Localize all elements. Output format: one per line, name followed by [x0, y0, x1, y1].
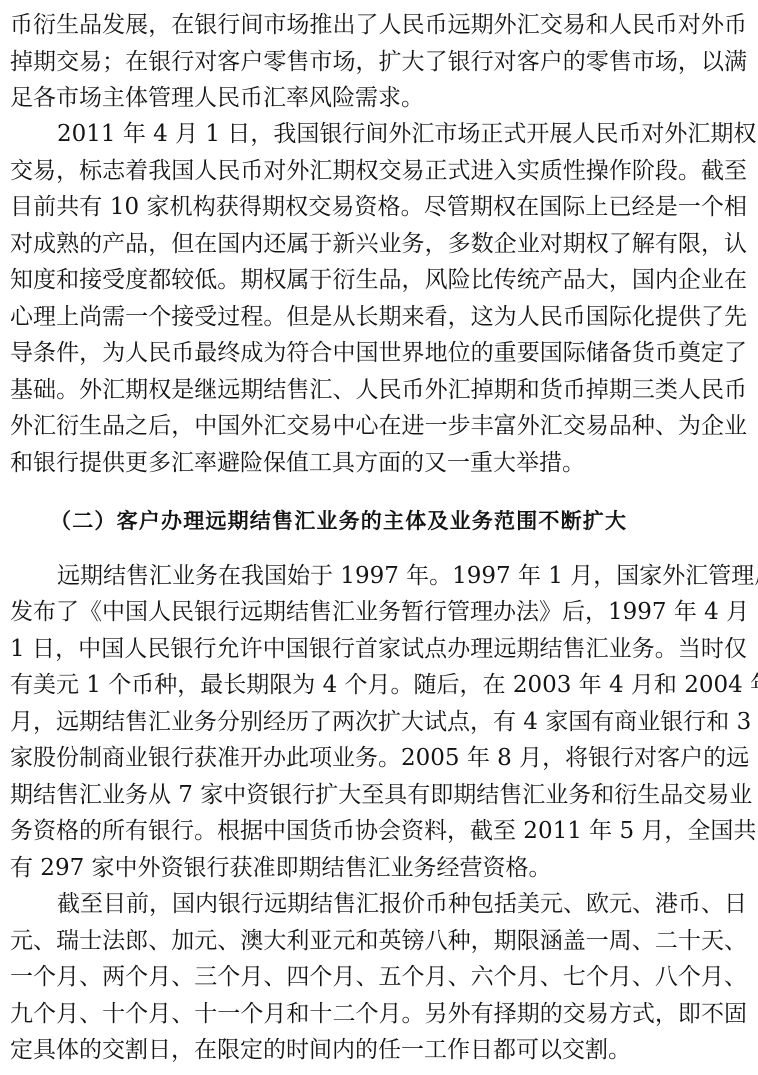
text-line: 定具体的交割日，在限定的时间内的任一工作日都可以交割。	[10, 1035, 747, 1065]
text-line: 九个月、十个月、十一个月和十二个月。另外有择期的交易方式，即不固	[10, 999, 747, 1029]
text-line: 对成熟的产品，但在国内还属于新兴业务，多数企业对期权了解有限，认	[10, 229, 747, 259]
text-line: 远期结售汇业务在我国始于 1997 年。1997 年 1 月，国家外汇管理局	[57, 561, 747, 591]
text-line: 目前共有 10 家机构获得期权交易资格。尽管期权在国际上已经是一个相	[10, 192, 747, 222]
text-line: 截至目前，国内银行远期结售汇报价币种包括美元、欧元、港币、日	[57, 889, 747, 919]
text-line: 导条件，为人民币最终成为符合中国世界地位的重要国际储备货币奠定了	[10, 338, 747, 368]
text-line: 期结售汇业务从 7 家中资银行扩大至具有即期结售汇业务和衍生品交易业	[10, 780, 747, 810]
text-line: 心理上尚需一个接受过程。但是从长期来看，这为人民币国际化提供了先	[10, 302, 747, 332]
text-line: 家股份制商业银行获准开办此项业务。2005 年 8 月，将银行对客户的远	[10, 743, 747, 773]
text-line: 知度和接受度都较低。期权属于衍生品，风险比传统产品大，国内企业在	[10, 265, 747, 295]
text-line: 外汇衍生品之后，中国外汇交易中心在进一步丰富外汇交易品种、为企业	[10, 411, 747, 441]
text-line: 一个月、两个月、三个月、四个月、五个月、六个月、七个月、八个月、	[10, 962, 747, 992]
document-page: 币衍生品发展，在银行间市场推出了人民币远期外汇交易和人民币对外币 掉期交易；在银…	[0, 0, 758, 1075]
text-line: 有 297 家中外资银行获准即期结售汇业务经营资格。	[10, 853, 747, 883]
text-line: 元、瑞士法郎、加元、澳大利亚元和英镑八种，期限涵盖一周、二十天、	[10, 926, 747, 956]
text-line: 2011 年 4 月 1 日，我国银行间外汇市场正式开展人民币对外汇期权	[57, 119, 747, 149]
text-line: 和银行提供更多汇率避险保值工具方面的又一重大举措。	[10, 448, 747, 478]
text-line: 有美元 1 个币种，最长期限为 4 个月。随后，在 2003 年 4 月和 20…	[10, 670, 747, 700]
text-line: 月，远期结售汇业务分别经历了两次扩大试点，有 4 家国有商业银行和 3	[10, 707, 747, 737]
text-line: 发布了《中国人民银行远期结售汇业务暂行管理办法》后，1997 年 4 月	[10, 597, 747, 627]
text-line: 币衍生品发展，在银行间市场推出了人民币远期外汇交易和人民币对外币	[10, 10, 747, 40]
text-line: 掉期交易；在银行对客户零售市场，扩大了银行对客户的零售市场，以满	[10, 47, 747, 77]
text-line: 交易，标志着我国人民币对外汇期权交易正式进入实质性操作阶段。截至	[10, 156, 747, 186]
section-heading: （二）客户办理远期结售汇业务的主体及业务范围不断扩大	[50, 506, 627, 536]
text-line: 务资格的所有银行。根据中国货币协会资料，截至 2011 年 5 月，全国共	[10, 816, 747, 846]
text-line: 足各市场主体管理人民币汇率风险需求。	[10, 83, 747, 113]
text-line: 1 日，中国人民银行允许中国银行首家试点办理远期结售汇业务。当时仅	[10, 634, 747, 664]
text-line: 基础。外汇期权是继远期结售汇、人民币外汇掉期和货币掉期三类人民币	[10, 375, 747, 405]
